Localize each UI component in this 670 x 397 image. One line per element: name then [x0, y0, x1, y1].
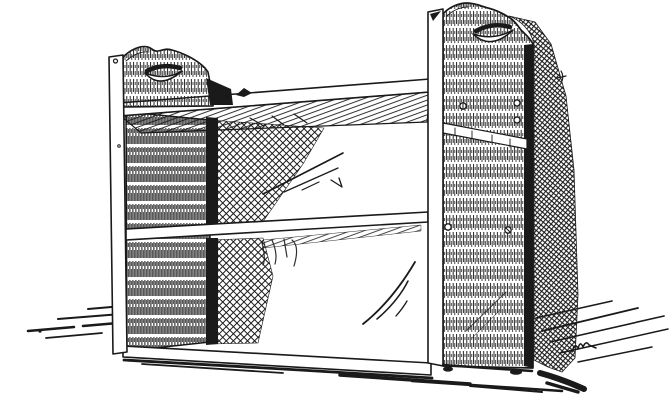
left-end-board-top: [123, 47, 213, 107]
right-end-board-front-edge: [428, 9, 443, 366]
back-panel-sketch-lower: [363, 262, 415, 324]
floor-shadow-left: [28, 306, 123, 338]
right-end-board: [428, 3, 533, 375]
left-end-board-front-edge: [109, 55, 127, 354]
interior-corner-shadow-lower: [206, 238, 273, 345]
right-end-board-outer-face: [443, 3, 533, 368]
engraving-illustration: [0, 0, 670, 397]
bottom-shelf: [123, 346, 431, 375]
engraving-art: [28, 3, 668, 392]
